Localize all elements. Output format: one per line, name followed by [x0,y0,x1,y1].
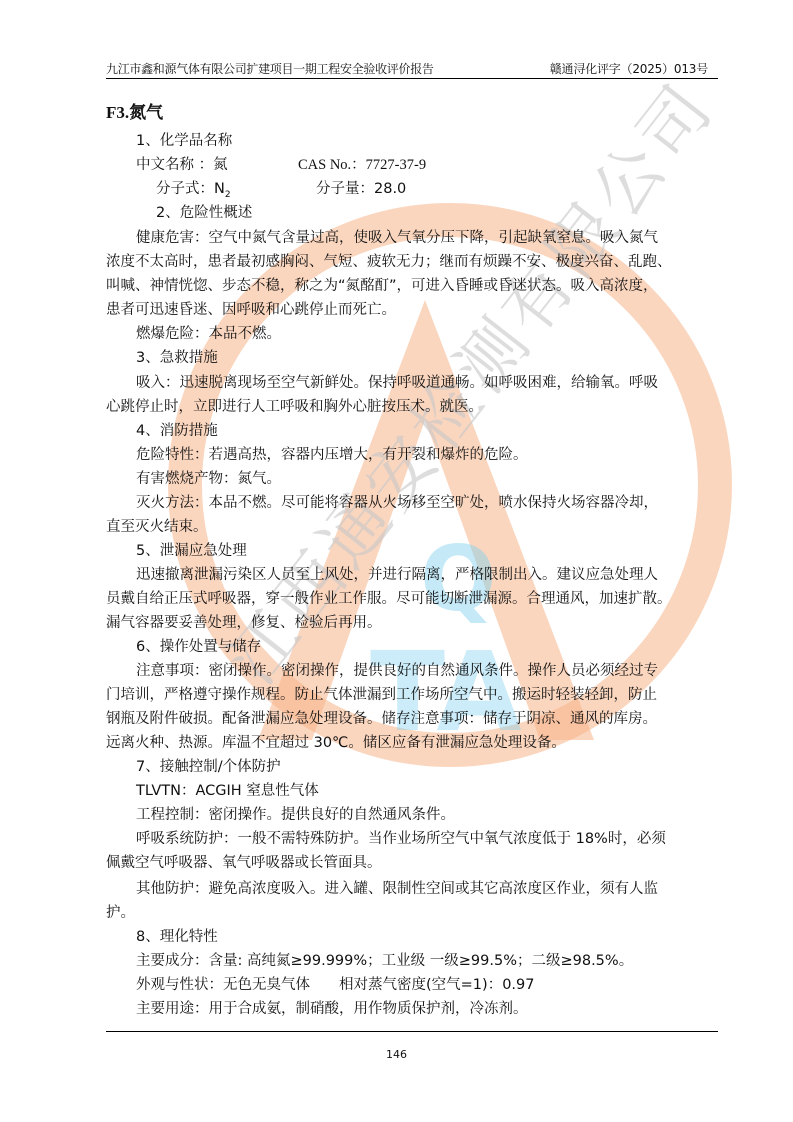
heading-handling-storage: 6、操作处置与储存 [136,636,261,658]
heading-fire-measures: 4、消防措施 [136,420,218,442]
tlv-line: TLVTN：ACGIH 窒息性气体 [136,780,319,802]
handling-line: 远离火种、热源。库温不宜超过 30℃。储区应备有泄漏应急处理设备。 [106,732,566,754]
report-title: 九江市鑫和源气体有限公司扩建项目一期工程安全验收评价报告 [106,62,434,76]
report-number: 赣通浔化评字（2025）013号 [550,62,708,76]
health-hazard-line: 健康危害：空气中氮气含量过高，使吸入气氧分压下降，引起缺氧窒息。吸入氮气 [136,227,658,249]
composition: 主要成分：含量: 高纯氮≥99.999%；工业级 一级≥99.5%；二级≥98.… [136,950,633,972]
heading-hazard-overview: 2、危险性概述 [156,202,252,224]
main-uses: 主要用途：用于合成氨，制硝酸，用作物质保护剂，冷冻剂。 [136,998,528,1020]
handling-line: 钢瓶及附件破损。配备泄漏应急处理设备。储存注意事项：储存于阴凉、通风的库房。 [106,708,657,730]
handling-line: 注意事项：密闭操作。密闭操作，提供良好的自然通风条件。操作人员必须经过专 [136,660,658,682]
heading-exposure-control: 7、接触控制/个体防护 [136,756,281,778]
page-header: 九江市鑫和源气体有限公司扩建项目一期工程安全验收评价报告 赣通浔化评字（2025… [106,62,718,79]
engineering-control: 工程控制：密闭操作。提供良好的自然通风条件。 [136,804,455,826]
appearance: 外观与性状：无色无臭气体 [136,974,310,996]
vapor-density: 相对蒸气密度(空气=1)：0.97 [339,974,534,996]
handling-line: 门培训，严格遵守操作规程。防止气体泄漏到工作场所空气中。搬运时轻装轻卸，防止 [106,684,657,706]
fire-measure-line: 直至灭火结束。 [106,516,208,538]
fire-measure-line: 灭火方法：本品不燃。尽可能将容器从火场移至空旷处，喷水保持火场容器冷却， [136,492,658,514]
health-hazard-line: 浓度不太高时，患者最初感胸闷、气短、疲软无力；继而有烦躁不安、极度兴奋、乱跑、 [106,251,672,273]
cas-number: CAS No.：7727-37-9 [298,154,426,176]
other-protection-line: 其他防护：避免高浓度吸入。进入罐、限制性空间或其它高浓度区作业，须有人监 [136,878,658,900]
heading-chemical-name: 1、化学品名称 [136,130,232,152]
heading-leak-response: 5、泄漏应急处理 [136,540,247,562]
molecular-weight: 分子量：28.0 [316,178,406,200]
footer-divider [106,1031,718,1032]
heading-first-aid: 3、急救措施 [136,347,218,369]
health-hazard-line: 叫喊、神情恍惚、步态不稳，称之为“氮酩酊”，可进入昏睡或昏迷状态。吸入高浓度， [106,275,658,297]
fire-measure-line: 有害燃烧产物：氮气。 [136,468,281,490]
leak-line: 漏气容器要妥善处理，修复、检验后再用。 [106,612,382,634]
fire-measure-line: 危险特性：若遇高热，容器内压增大，有开裂和爆炸的危险。 [136,444,528,466]
heading-properties: 8、理化特性 [136,926,218,948]
respiratory-protection-line: 佩戴空气呼吸器、氧气呼吸器或长管面具。 [106,852,382,874]
document-page: Q TA 江西通安检测有限公司 九江市鑫和源气体有限公司扩建项目一期工程安全验收… [0,0,793,1122]
leak-line: 迅速撤离泄漏污染区人员至上风处，并进行隔离，严格限制出入。建议应急处理人 [136,564,658,586]
first-aid-line: 吸入：迅速脱离现场至空气新鲜处。保持呼吸道通畅。如呼吸困难，给输氧。呼吸 [136,372,658,394]
health-hazard-line: 患者可迅速昏迷、因呼吸和心跳停止而死亡。 [106,299,396,321]
other-protection-line: 护。 [106,902,135,924]
section-title: F3.氮气 [106,102,163,124]
fire-hazard: 燃爆危险：本品不燃。 [136,323,281,345]
leak-line: 员戴自给正压式呼吸器，穿一般作业工作服。尽可能切断泄漏源。合理通风，加速扩散。 [106,588,672,610]
respiratory-protection-line: 呼吸系统防护：一般不需特殊防护。当作业场所空气中氧气浓度低于 18%时，必须 [136,828,666,850]
page-number: 146 [0,1048,793,1061]
chinese-name: 中文名称 ：氮 [136,154,228,176]
first-aid-line: 心跳停止时，立即进行人工呼吸和胸外心脏按压术。就医。 [106,396,483,418]
